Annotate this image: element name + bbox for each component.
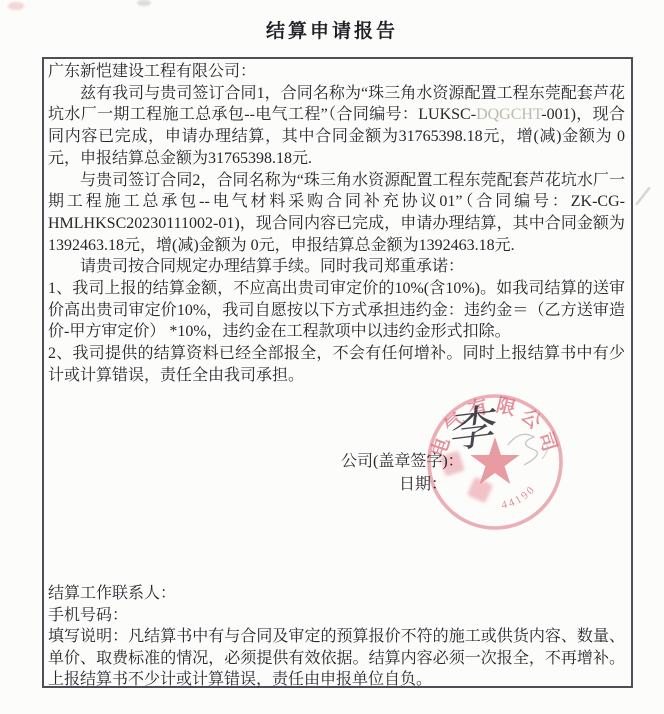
paragraph-contract-1: 兹有我司与贵司签订合同1，合同名称为“珠三角水资源配置工程东莞配套芦花坑水厂一期… bbox=[48, 83, 625, 170]
contract-number-faded: DQGCHT bbox=[476, 106, 541, 123]
scanned-document-page: 结算申请报告 广东新恺建设工程有限公司： 兹有我司与贵司签订合同1，合同名称为“… bbox=[0, 0, 664, 714]
scan-artifact bbox=[635, 187, 650, 206]
phone-label: 手机号码： bbox=[48, 605, 625, 627]
document-frame: 广东新恺建设工程有限公司： 兹有我司与贵司签订合同1，合同名称为“珠三角水资源配… bbox=[42, 57, 633, 688]
signature-handwriting: 李 bbox=[444, 404, 495, 455]
scan-artifact bbox=[8, 2, 24, 10]
contact-label: 结算工作联系人： bbox=[48, 583, 625, 605]
scan-artifact bbox=[137, 0, 151, 6]
salutation: 广东新恺建设工程有限公司： bbox=[48, 61, 625, 83]
paragraph-clause-1: 1、我司上报的结算金额，不应高出贵司审定价的10%(含10%)。如我司结算的送审… bbox=[48, 278, 625, 343]
seal-number: 44190 bbox=[500, 483, 538, 512]
paragraph-contract-2: 与贵司签订合同2，合同名称为“珠三角水资源配置工程东莞配套芦花坑水厂一期工程施工… bbox=[48, 170, 625, 257]
signature-label: 公司(盖章签字)： bbox=[341, 451, 464, 474]
signature-block: 公司(盖章签字)： 日期： bbox=[341, 451, 464, 496]
fill-note: 填写说明：凡结算书中有与合同及审定的预算报价不符的施工或供货内容、数量、单价、取… bbox=[48, 626, 625, 691]
footer-block: 结算工作联系人： 手机号码： 填写说明：凡结算书中有与合同及审定的预算报价不符的… bbox=[48, 583, 625, 691]
paragraph-request: 请贵司按合同规定办理结算手续。同时我司郑重承诺： bbox=[48, 256, 625, 278]
svg-text:44190: 44190 bbox=[500, 483, 538, 512]
signature-scribble bbox=[500, 419, 570, 479]
date-label: 日期： bbox=[399, 474, 464, 497]
page-title: 结算申请报告 bbox=[0, 16, 664, 43]
paragraph-clause-2: 2、我司提供的结算资料已经全部报全，不会有任何增补。同时上报结算书中有少计或计算… bbox=[48, 343, 625, 386]
letter-body: 广东新恺建设工程有限公司： 兹有我司与贵司签订合同1，合同名称为“珠三角水资源配… bbox=[48, 61, 625, 387]
